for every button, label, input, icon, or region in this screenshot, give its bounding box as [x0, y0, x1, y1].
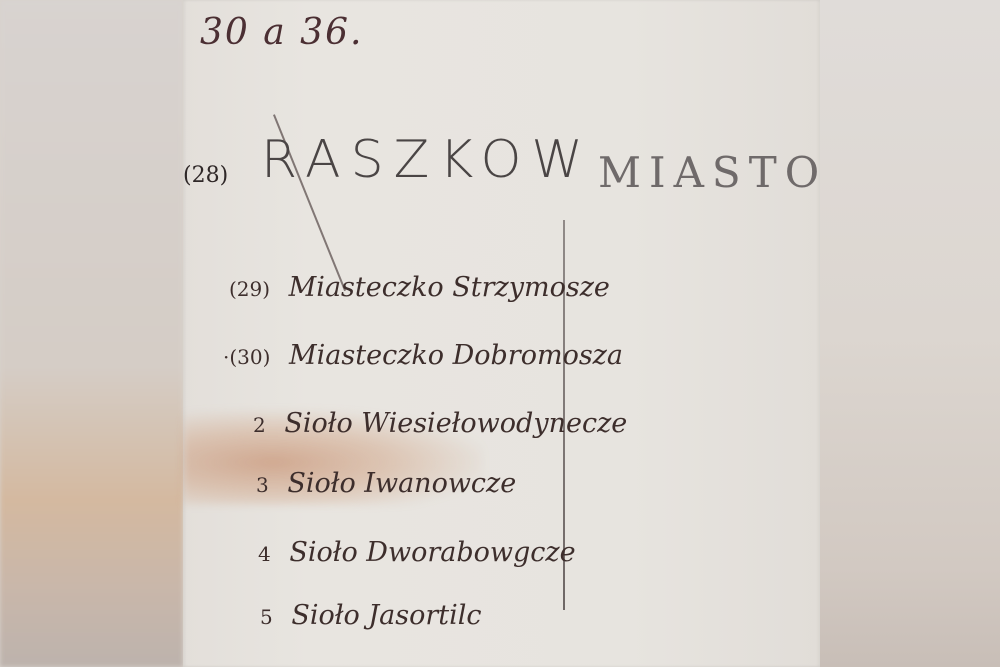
entry-line: ·(30) Miasteczko Dobromosza: [223, 340, 623, 371]
entry-text: Miasteczko Strzymosze: [289, 272, 610, 303]
manuscript-page: 30 a 36. (28) RASZKOW MIASTO (29) Miaste…: [183, 0, 820, 667]
entry-number: 3: [256, 473, 269, 497]
entry-line: 4 Sioło Dworabowgcze: [258, 537, 576, 568]
entry-number: 2: [253, 413, 266, 437]
heading-number: (28): [183, 163, 228, 188]
heading-title-part1: RASZKOW: [261, 130, 593, 190]
entry-number: 4: [258, 542, 271, 566]
entry-number: (29): [229, 277, 270, 301]
entry-text: Sioło Iwanowcze: [287, 468, 516, 499]
entry-text: Sioło Wiesiełowodynecze: [284, 408, 627, 439]
background-left: [0, 0, 183, 667]
entry-number: 5: [260, 605, 273, 629]
heading-title-part2: MIASTO: [598, 148, 827, 197]
entry-text: Sioło Jasortilc: [291, 600, 481, 631]
heading-flourish: [273, 92, 402, 291]
entry-line: 3 Sioło Iwanowcze: [256, 468, 516, 499]
entry-line: 2 Sioło Wiesiełowodynecze: [253, 408, 627, 439]
folio-reference: 30 a 36.: [200, 12, 363, 53]
entry-line: 5 Sioło Jasortilc: [260, 600, 482, 631]
entry-text: Sioło Dworabowgcze: [289, 537, 575, 568]
entry-number: ·(30): [223, 345, 270, 369]
background-right: [820, 0, 1000, 667]
entry-text: Miasteczko Dobromosza: [289, 340, 623, 371]
entry-line: (29) Miasteczko Strzymosze: [229, 272, 610, 303]
